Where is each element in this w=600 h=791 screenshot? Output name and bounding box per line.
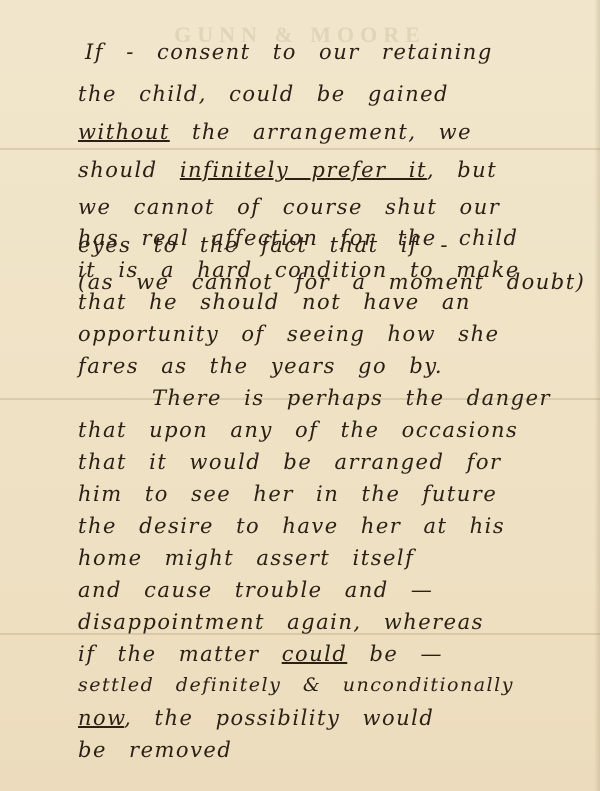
handwritten-line: has real affection for the child <box>78 226 519 250</box>
handwritten-line: we cannot of course shut our <box>78 195 500 219</box>
handwritten-line: the desire to have her at his <box>78 514 505 538</box>
handwritten-line: now, the possibility would <box>78 706 434 730</box>
underlined-phrase: infinitely prefer it <box>180 158 427 182</box>
paragraph-start-line: There is perhaps the danger <box>152 386 551 410</box>
underlined-word: now <box>78 706 124 730</box>
handwritten-line: that it would be arranged for <box>78 450 502 474</box>
handwritten-line: him to see her in the future <box>78 482 497 506</box>
handwritten-line: it is a hard condition to make <box>78 258 520 282</box>
handwritten-line: If - consent to our retaining <box>85 40 493 64</box>
paper-fold-line <box>0 148 600 150</box>
handwritten-line: should infinitely prefer it, but <box>78 158 497 182</box>
handwritten-line: if the matter could be — <box>78 642 443 666</box>
handwritten-line: opportunity of seeing how she <box>78 322 500 346</box>
handwritten-line: that upon any of the occasions <box>78 418 518 442</box>
handwritten-line: settled definitely & unconditionally <box>78 674 514 696</box>
handwritten-line: fares as the years go by. <box>78 354 443 378</box>
handwritten-line: be removed <box>78 738 232 762</box>
handwritten-line: home might assert itself <box>78 546 414 570</box>
handwritten-line: disappointment again, whereas <box>78 610 484 634</box>
handwritten-line: and cause trouble and — <box>78 578 433 602</box>
underlined-word: without <box>78 120 170 144</box>
letter-page: GUNN & MOORE If - consent to our retaini… <box>0 0 600 791</box>
handwritten-line: that he should not have an <box>78 290 471 314</box>
handwritten-line: without the arrangement, we <box>78 120 472 144</box>
handwritten-line: the child, could be gained <box>78 82 449 106</box>
underlined-word: could <box>282 642 348 666</box>
paper-edge <box>594 0 600 791</box>
